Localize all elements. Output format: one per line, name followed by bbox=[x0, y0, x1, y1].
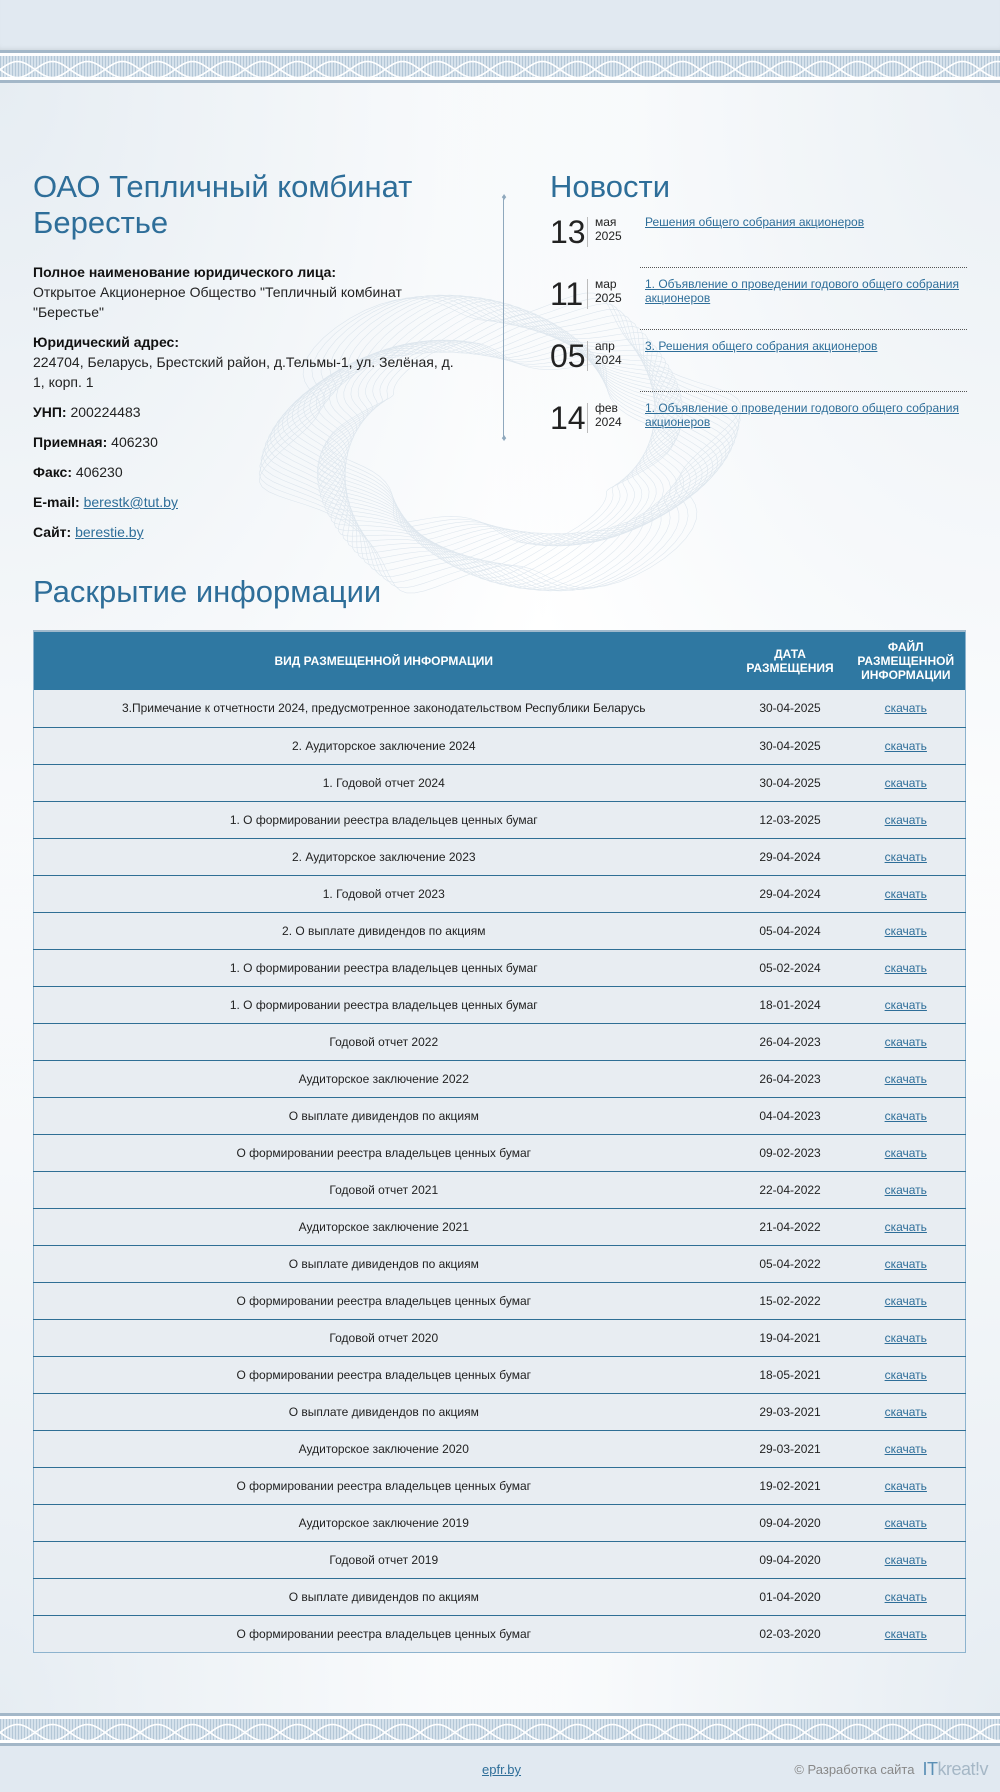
news-year: 2025 bbox=[595, 229, 622, 243]
unp-label: УНП: bbox=[33, 404, 67, 420]
cell-date: 29-03-2021 bbox=[734, 1430, 847, 1467]
wave-pattern-icon bbox=[0, 56, 1000, 83]
cell-type: 1. Годовой отчет 2023 bbox=[34, 875, 734, 912]
full-name-block: Полное наименование юридического лица: О… bbox=[33, 262, 463, 322]
column-header-date: Дата размещения bbox=[734, 631, 847, 690]
reception-value: 406230 bbox=[111, 434, 158, 450]
cell-type: 1. Годовой отчет 2024 bbox=[34, 764, 734, 801]
cell-date: 19-02-2021 bbox=[734, 1467, 847, 1504]
top-bar bbox=[0, 0, 1000, 50]
download-link[interactable]: скачать bbox=[885, 1331, 927, 1345]
download-link[interactable]: скачать bbox=[885, 1146, 927, 1160]
table-row: Аудиторское заключение 201909-04-2020ска… bbox=[34, 1504, 966, 1541]
cell-file: скачать bbox=[847, 801, 966, 838]
cell-date: 29-04-2024 bbox=[734, 875, 847, 912]
download-link[interactable]: скачать bbox=[885, 813, 927, 827]
download-link[interactable]: скачать bbox=[885, 701, 927, 715]
cell-date: 30-04-2025 bbox=[734, 690, 847, 727]
cell-file: скачать bbox=[847, 1541, 966, 1578]
news-date: 14фев2024 bbox=[550, 401, 645, 463]
top-section: ОАО Тепличный комбинат Берестье Полное н… bbox=[33, 169, 967, 574]
cell-file: скачать bbox=[847, 727, 966, 764]
cell-type: О формировании реестра владельцев ценных… bbox=[34, 1356, 734, 1393]
table-row: О выплате дивидендов по акциям01-04-2020… bbox=[34, 1578, 966, 1615]
wave-pattern-icon bbox=[0, 1719, 1000, 1746]
cell-date: 05-02-2024 bbox=[734, 949, 847, 986]
table-row: 1. Годовой отчет 202430-04-2025скачать bbox=[34, 764, 966, 801]
cell-file: скачать bbox=[847, 764, 966, 801]
cell-type: Годовой отчет 2019 bbox=[34, 1541, 734, 1578]
cell-file: скачать bbox=[847, 912, 966, 949]
email-block: E-mail: berestk@tut.by bbox=[33, 492, 463, 512]
news-year: 2025 bbox=[595, 291, 622, 305]
email-link[interactable]: berestk@tut.by bbox=[84, 494, 178, 510]
footer-site-link[interactable]: epfr.by bbox=[482, 1762, 521, 1777]
full-name-value: Открытое Акционерное Общество "Тепличный… bbox=[33, 284, 402, 320]
table-row: О выплате дивидендов по акциям04-04-2023… bbox=[34, 1097, 966, 1134]
section-divider: ♦ ♦ bbox=[500, 191, 508, 446]
download-link[interactable]: скачать bbox=[885, 1183, 927, 1197]
news-day: 05 bbox=[550, 341, 588, 371]
table-row: О формировании реестра владельцев ценных… bbox=[34, 1615, 966, 1652]
disclosure-section: Раскрытие информации Вид размещенной инф… bbox=[33, 574, 967, 1653]
cell-file: скачать bbox=[847, 875, 966, 912]
cell-type: Годовой отчет 2022 bbox=[34, 1023, 734, 1060]
table-row: 3.Примечание к отчетности 2024, предусмо… bbox=[34, 690, 966, 727]
download-link[interactable]: скачать bbox=[885, 998, 927, 1012]
table-row: Годовой отчет 202122-04-2022скачать bbox=[34, 1171, 966, 1208]
cell-type: 2. Аудиторское заключение 2023 bbox=[34, 838, 734, 875]
news-year: 2024 bbox=[595, 415, 622, 429]
site-label: Сайт: bbox=[33, 524, 71, 540]
cell-date: 02-03-2020 bbox=[734, 1615, 847, 1652]
table-row: О формировании реестра владельцев ценных… bbox=[34, 1134, 966, 1171]
logo-rest: kreat!v bbox=[937, 1759, 988, 1779]
cell-date: 22-04-2022 bbox=[734, 1171, 847, 1208]
download-link[interactable]: скачать bbox=[885, 1220, 927, 1234]
email-label: E-mail: bbox=[33, 494, 80, 510]
cell-date: 05-04-2022 bbox=[734, 1245, 847, 1282]
cell-date: 01-04-2020 bbox=[734, 1578, 847, 1615]
cell-type: О выплате дивидендов по акциям bbox=[34, 1578, 734, 1615]
cell-type: Аудиторское заключение 2021 bbox=[34, 1208, 734, 1245]
table-row: О выплате дивидендов по акциям05-04-2022… bbox=[34, 1245, 966, 1282]
download-link[interactable]: скачать bbox=[885, 1553, 927, 1567]
news-list: 13мая2025Решения общего собрания акционе… bbox=[550, 215, 967, 463]
table-row: 2. О выплате дивидендов по акциям05-04-2… bbox=[34, 912, 966, 949]
news-month-year: апр2024 bbox=[588, 339, 622, 401]
cell-file: скачать bbox=[847, 1245, 966, 1282]
cell-type: О формировании реестра владельцев ценных… bbox=[34, 1134, 734, 1171]
cell-file: скачать bbox=[847, 1393, 966, 1430]
news-month: апр bbox=[595, 339, 615, 353]
cell-type: Годовой отчет 2021 bbox=[34, 1171, 734, 1208]
news-title: Новости bbox=[550, 169, 967, 205]
download-link[interactable]: скачать bbox=[885, 924, 927, 938]
news-month-year: фев2024 bbox=[588, 401, 622, 463]
table-row: Годовой отчет 201909-04-2020скачать bbox=[34, 1541, 966, 1578]
table-row: Аудиторское заключение 202121-04-2022ска… bbox=[34, 1208, 966, 1245]
cell-type: Аудиторское заключение 2022 bbox=[34, 1060, 734, 1097]
cell-type: О выплате дивидендов по акциям bbox=[34, 1393, 734, 1430]
cell-file: скачать bbox=[847, 949, 966, 986]
news-day: 11 bbox=[550, 279, 588, 309]
download-link[interactable]: скачать bbox=[885, 1035, 927, 1049]
download-link[interactable]: скачать bbox=[885, 776, 927, 790]
company-info: ОАО Тепличный комбинат Берестье Полное н… bbox=[33, 169, 463, 574]
column-header-type: Вид размещенной информации bbox=[34, 631, 734, 690]
developer-credit: © Разработка сайта ITkreat!v bbox=[794, 1759, 988, 1780]
download-link[interactable]: скачать bbox=[885, 850, 927, 864]
table-row: О выплате дивидендов по акциям29-03-2021… bbox=[34, 1393, 966, 1430]
cell-file: скачать bbox=[847, 1023, 966, 1060]
cell-date: 09-04-2020 bbox=[734, 1504, 847, 1541]
address-label: Юридический адрес: bbox=[33, 334, 179, 350]
cell-date: 19-04-2021 bbox=[734, 1319, 847, 1356]
divider-ornament-top-icon: ♦ bbox=[500, 191, 508, 205]
cell-file: скачать bbox=[847, 1097, 966, 1134]
cell-file: скачать bbox=[847, 1208, 966, 1245]
site-block: Сайт: berestie.by bbox=[33, 522, 463, 542]
cell-date: 15-02-2022 bbox=[734, 1282, 847, 1319]
news-month-year: мая2025 bbox=[588, 215, 622, 277]
download-link[interactable]: скачать bbox=[885, 887, 927, 901]
table-row: 2. Аудиторское заключение 202329-04-2024… bbox=[34, 838, 966, 875]
cell-date: 09-02-2023 bbox=[734, 1134, 847, 1171]
cell-date: 30-04-2025 bbox=[734, 727, 847, 764]
news-item: 14фев20241. Объявление о проведении годо… bbox=[550, 401, 967, 463]
cell-date: 04-04-2023 bbox=[734, 1097, 847, 1134]
address-value: 224704, Беларусь, Брестский район, д.Тел… bbox=[33, 354, 454, 390]
cell-file: скачать bbox=[847, 1134, 966, 1171]
news-month-year: мар2025 bbox=[588, 277, 622, 339]
cell-type: Годовой отчет 2020 bbox=[34, 1319, 734, 1356]
cell-file: скачать bbox=[847, 1060, 966, 1097]
news-day: 13 bbox=[550, 217, 588, 247]
cell-type: О выплате дивидендов по акциям bbox=[34, 1097, 734, 1134]
news-month: фев bbox=[595, 401, 618, 415]
cell-file: скачать bbox=[847, 1615, 966, 1652]
table-row: Годовой отчет 202226-04-2023скачать bbox=[34, 1023, 966, 1060]
table-header-row: Вид размещенной информации Дата размещен… bbox=[34, 631, 966, 690]
cell-date: 26-04-2023 bbox=[734, 1023, 847, 1060]
cell-file: скачать bbox=[847, 1171, 966, 1208]
news-month: мар bbox=[595, 277, 617, 291]
fax-value: 406230 bbox=[76, 464, 123, 480]
cell-file: скачать bbox=[847, 1319, 966, 1356]
fax-block: Факс: 406230 bbox=[33, 462, 463, 482]
download-link[interactable]: скачать bbox=[885, 1405, 927, 1419]
table-row: О формировании реестра владельцев ценных… bbox=[34, 1356, 966, 1393]
unp-block: УНП: 200224483 bbox=[33, 402, 463, 422]
developer-label: © Разработка сайта bbox=[794, 1762, 914, 1777]
disclosure-table: Вид размещенной информации Дата размещен… bbox=[33, 630, 966, 1653]
download-link[interactable]: скачать bbox=[885, 961, 927, 975]
download-link[interactable]: скачать bbox=[885, 739, 927, 753]
header-ornament-border bbox=[0, 50, 1000, 83]
cell-file: скачать bbox=[847, 1430, 966, 1467]
cell-file: скачать bbox=[847, 1504, 966, 1541]
cell-type: 2. О выплате дивидендов по акциям bbox=[34, 912, 734, 949]
cell-file: скачать bbox=[847, 1467, 966, 1504]
cell-date: 30-04-2025 bbox=[734, 764, 847, 801]
news-day: 14 bbox=[550, 403, 588, 433]
cell-file: скачать bbox=[847, 986, 966, 1023]
cell-type: О формировании реестра владельцев ценных… bbox=[34, 1467, 734, 1504]
table-row: О формировании реестра владельцев ценных… bbox=[34, 1467, 966, 1504]
reception-label: Приемная: bbox=[33, 434, 107, 450]
cell-date: 18-01-2024 bbox=[734, 986, 847, 1023]
table-row: Годовой отчет 202019-04-2021скачать bbox=[34, 1319, 966, 1356]
reception-block: Приемная: 406230 bbox=[33, 432, 463, 452]
cell-date: 09-04-2020 bbox=[734, 1541, 847, 1578]
table-row: 1. О формировании реестра владельцев цен… bbox=[34, 801, 966, 838]
cell-file: скачать bbox=[847, 1356, 966, 1393]
table-row: 1. О формировании реестра владельцев цен… bbox=[34, 986, 966, 1023]
unp-value: 200224483 bbox=[70, 404, 140, 420]
cell-date: 26-04-2023 bbox=[734, 1060, 847, 1097]
download-link[interactable]: скачать bbox=[885, 1294, 927, 1308]
cell-type: Аудиторское заключение 2019 bbox=[34, 1504, 734, 1541]
table-row: Аудиторское заключение 202226-04-2023ска… bbox=[34, 1060, 966, 1097]
cell-type: О формировании реестра владельцев ценных… bbox=[34, 1282, 734, 1319]
divider-ornament-bottom-icon: ♦ bbox=[500, 432, 508, 446]
cell-file: скачать bbox=[847, 1578, 966, 1615]
cell-type: Аудиторское заключение 2020 bbox=[34, 1430, 734, 1467]
download-link[interactable]: скачать bbox=[885, 1257, 927, 1271]
full-name-label: Полное наименование юридического лица: bbox=[33, 264, 336, 280]
cell-type: 1. О формировании реестра владельцев цен… bbox=[34, 801, 734, 838]
table-row: Аудиторское заключение 202029-03-2021ска… bbox=[34, 1430, 966, 1467]
logo-it: IT bbox=[922, 1759, 937, 1779]
table-row: О формировании реестра владельцев ценных… bbox=[34, 1282, 966, 1319]
footer-ornament-border bbox=[0, 1713, 1000, 1746]
cell-file: скачать bbox=[847, 838, 966, 875]
download-link[interactable]: скачать bbox=[885, 1368, 927, 1382]
cell-type: 3.Примечание к отчетности 2024, предусмо… bbox=[34, 690, 734, 727]
news-link[interactable]: 1. Объявление о проведении годового обще… bbox=[645, 401, 967, 463]
table-row: 1. О формировании реестра владельцев цен… bbox=[34, 949, 966, 986]
cell-date: 29-03-2021 bbox=[734, 1393, 847, 1430]
download-link[interactable]: скачать bbox=[885, 1442, 927, 1456]
fax-label: Факс: bbox=[33, 464, 72, 480]
cell-date: 12-03-2025 bbox=[734, 801, 847, 838]
company-title: ОАО Тепличный комбинат Берестье bbox=[33, 169, 463, 241]
download-link[interactable]: скачать bbox=[885, 1479, 927, 1493]
main-content: ОАО Тепличный комбинат Берестье Полное н… bbox=[0, 83, 1000, 1713]
footer: epfr.by © Разработка сайта ITkreat!v bbox=[0, 1746, 1000, 1792]
cell-date: 05-04-2024 bbox=[734, 912, 847, 949]
disclosure-title: Раскрытие информации bbox=[33, 574, 967, 610]
cell-type: 2. Аудиторское заключение 2024 bbox=[34, 727, 734, 764]
download-link[interactable]: скачать bbox=[885, 1627, 927, 1641]
column-header-file: Файл размещенной информации bbox=[847, 631, 966, 690]
news-year: 2024 bbox=[595, 353, 622, 367]
news-month: мая bbox=[595, 215, 616, 229]
cell-type: О выплате дивидендов по акциям bbox=[34, 1245, 734, 1282]
cell-file: скачать bbox=[847, 1282, 966, 1319]
table-row: 2. Аудиторское заключение 202430-04-2025… bbox=[34, 727, 966, 764]
cell-type: 1. О формировании реестра владельцев цен… bbox=[34, 986, 734, 1023]
download-link[interactable]: скачать bbox=[885, 1072, 927, 1086]
site-link[interactable]: berestie.by bbox=[75, 524, 143, 540]
cell-date: 21-04-2022 bbox=[734, 1208, 847, 1245]
cell-type: 1. О формировании реестра владельцев цен… bbox=[34, 949, 734, 986]
address-block: Юридический адрес: 224704, Беларусь, Бре… bbox=[33, 332, 463, 392]
news-section: Новости 13мая2025Решения общего собрания… bbox=[550, 169, 967, 463]
table-row: 1. Годовой отчет 202329-04-2024скачать bbox=[34, 875, 966, 912]
cell-date: 29-04-2024 bbox=[734, 838, 847, 875]
download-link[interactable]: скачать bbox=[885, 1516, 927, 1530]
news-date: 11мар2025 bbox=[550, 277, 645, 339]
download-link[interactable]: скачать bbox=[885, 1590, 927, 1604]
cell-file: скачать bbox=[847, 690, 966, 727]
developer-logo[interactable]: ITkreat!v bbox=[922, 1759, 988, 1780]
news-date: 13мая2025 bbox=[550, 215, 645, 277]
cell-type: О формировании реестра владельцев ценных… bbox=[34, 1615, 734, 1652]
news-date: 05апр2024 bbox=[550, 339, 645, 401]
cell-date: 18-05-2021 bbox=[734, 1356, 847, 1393]
download-link[interactable]: скачать bbox=[885, 1109, 927, 1123]
